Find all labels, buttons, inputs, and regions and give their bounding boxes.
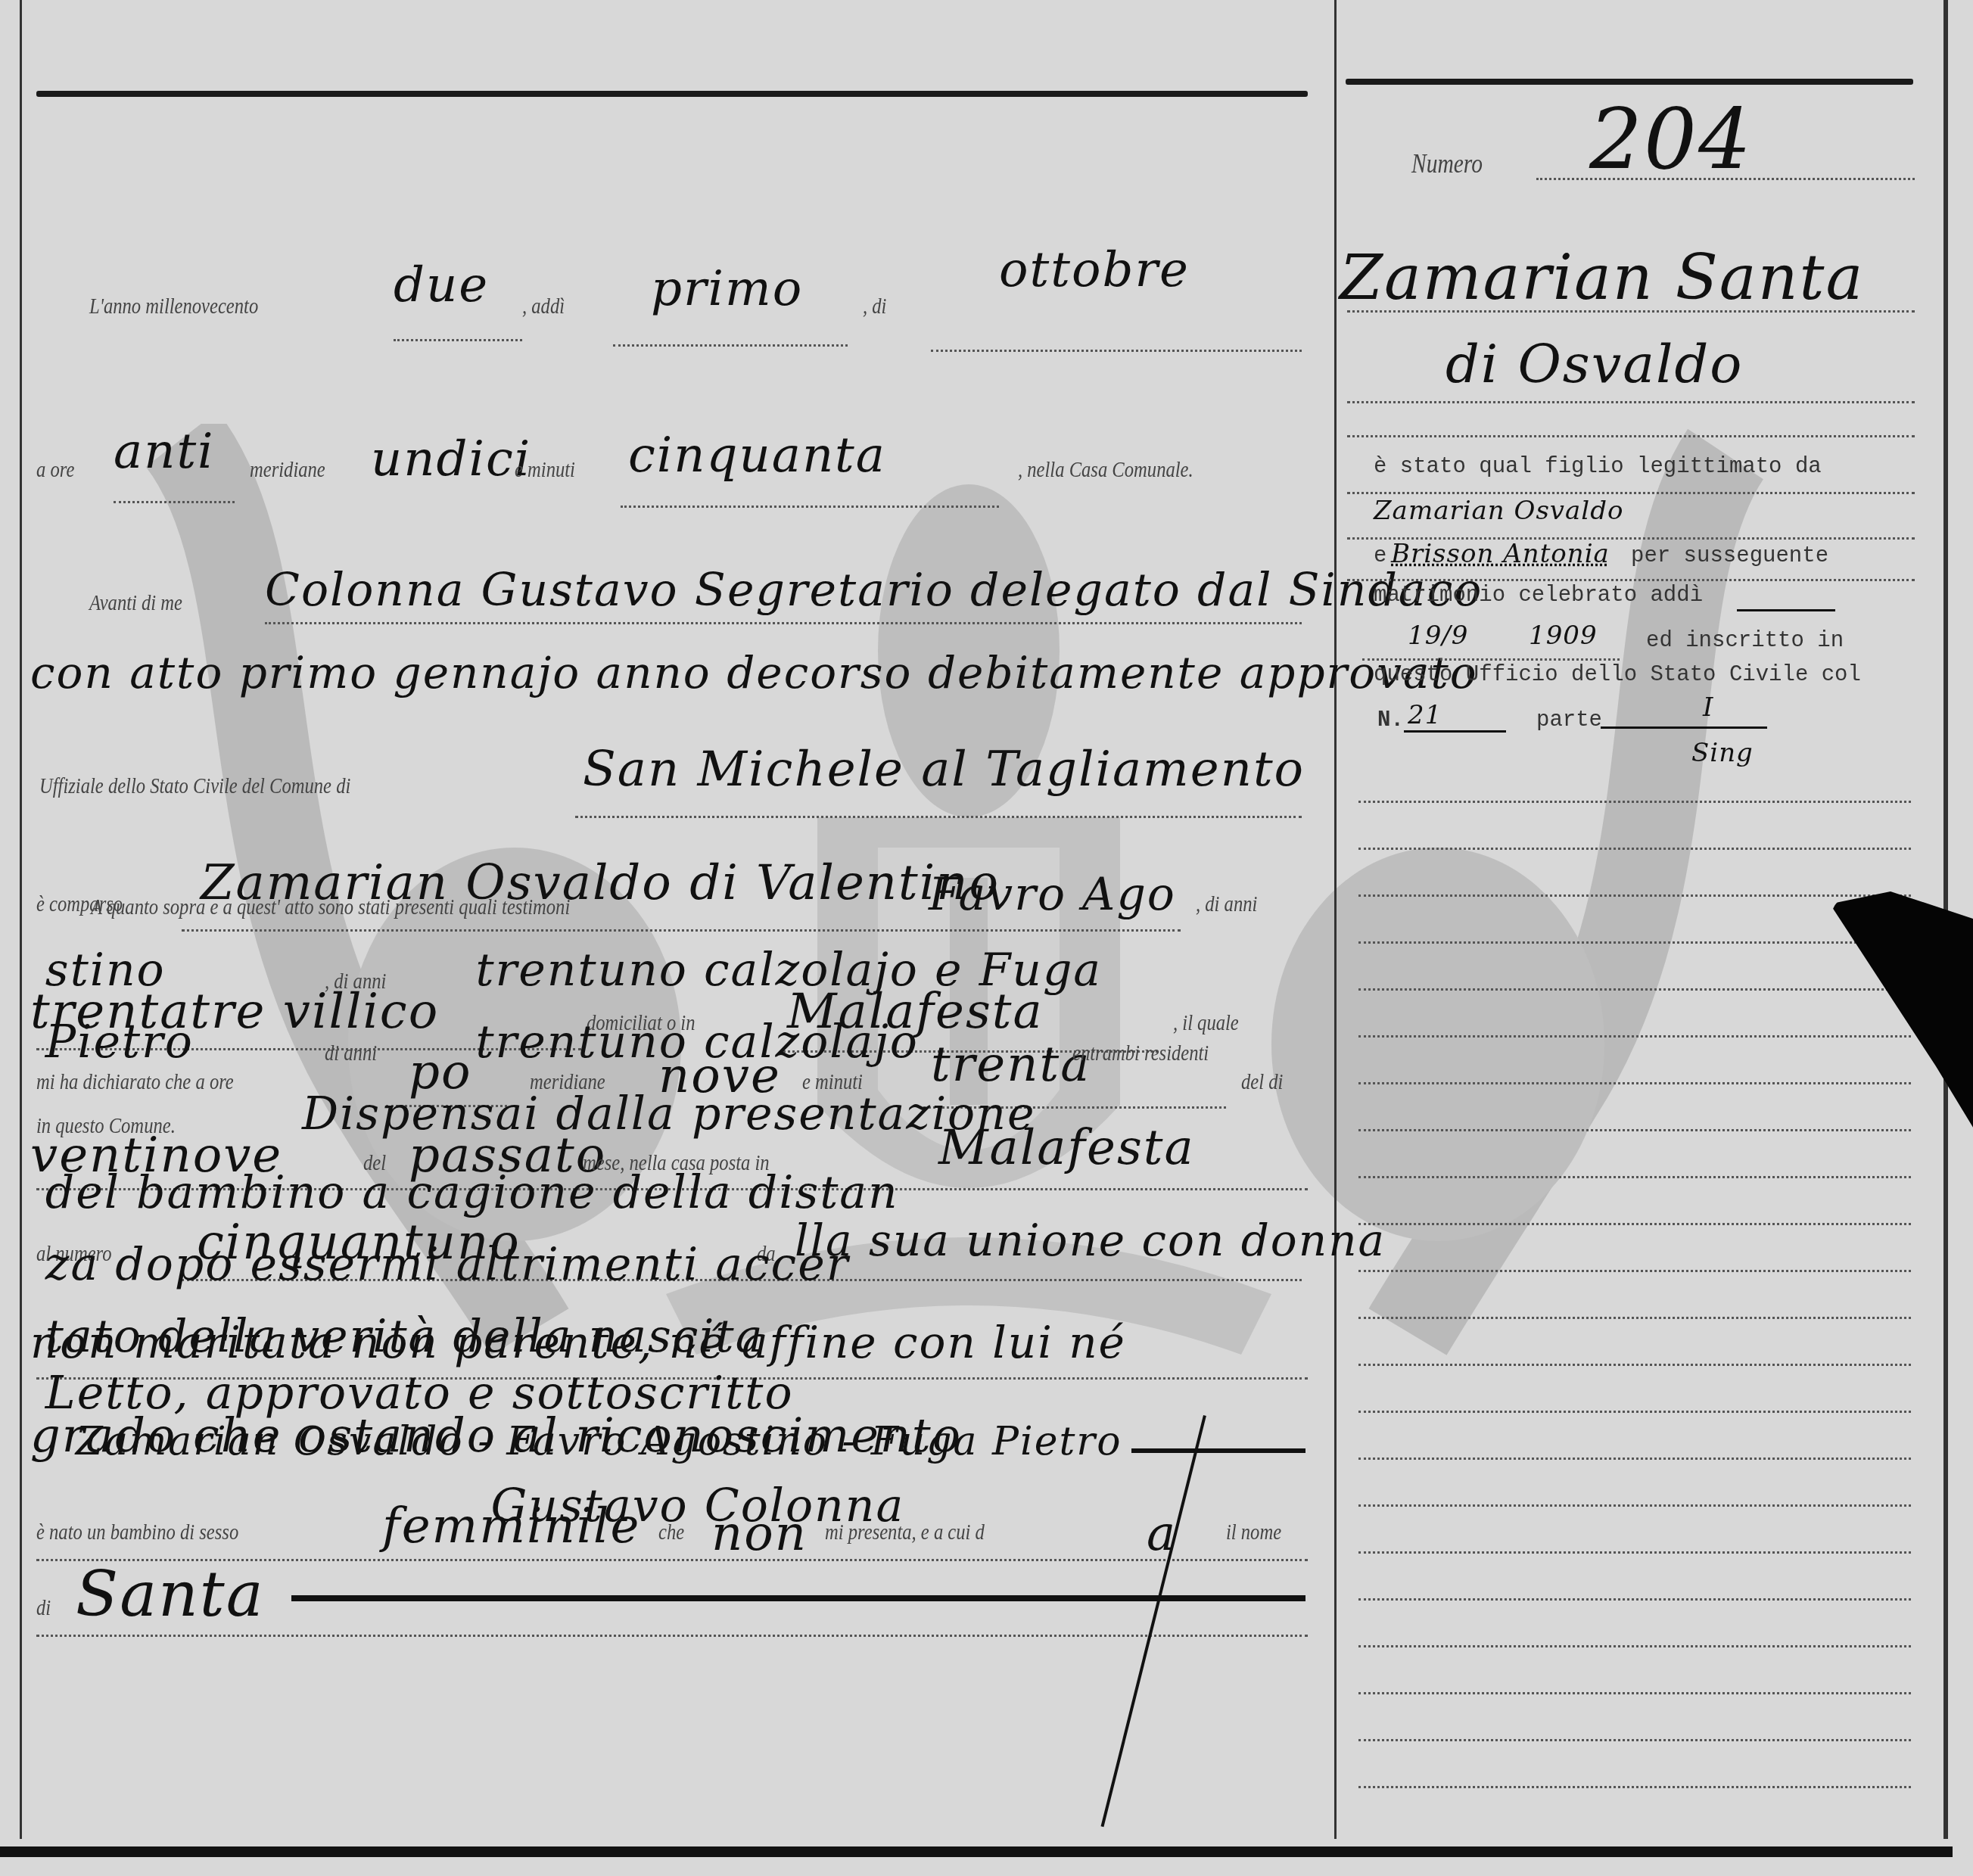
handwritten-delegation: con atto primo gennajo anno decorso debi… <box>30 647 1478 698</box>
column-divider <box>1334 0 1337 1839</box>
handwritten-declarant: Zamarian Osvaldo di Valentino <box>201 855 1000 911</box>
top-rule-right <box>1346 79 1913 85</box>
printed-text: da <box>757 1241 776 1267</box>
handwritten-minutes: cinquanta <box>628 428 886 484</box>
printed-text: è nato un bambino di sesso <box>36 1520 238 1545</box>
printed-text: del di <box>1241 1069 1283 1095</box>
handwritten-sex: femminile <box>382 1498 640 1554</box>
stamp-text: N. <box>1377 708 1404 733</box>
handwritten-location: Malafesta <box>938 1120 1195 1176</box>
handwritten-day: primo <box>651 261 803 317</box>
printed-text: , di anni <box>1196 891 1257 917</box>
handwritten-text: grado che ostando al riconoscimento <box>30 1408 962 1463</box>
stamp-text: e <box>1374 543 1386 568</box>
officer-initials: Sing <box>1691 738 1754 768</box>
left-border <box>20 0 22 1839</box>
printed-text: di <box>36 1595 51 1621</box>
printed-text: , nella Casa Comunale. <box>1018 457 1193 483</box>
handwritten-house-number: cinquantuno <box>197 1215 521 1271</box>
handwritten-hour: nove <box>658 1048 781 1104</box>
handwritten-comune: San Michele al Tagliamento <box>583 742 1305 798</box>
handwritten-hour: po <box>409 1044 472 1100</box>
printed-text: meridiane <box>530 1069 605 1095</box>
registrant-name: Zamarian Santa <box>1340 242 1864 314</box>
stamp-text: è stato qual figlio legittimato da <box>1374 454 1822 479</box>
numero-label: Numero <box>1411 148 1483 179</box>
printed-text: Uffiziale dello Stato Civile del Comune … <box>39 773 350 799</box>
legitimation-date: 19/9 <box>1408 621 1468 651</box>
act-number: 21 <box>1408 700 1442 730</box>
printed-text: mi ha dichiarato che a ore <box>36 1069 234 1095</box>
handwritten-year: due <box>394 257 489 313</box>
printed-text: mese, nella casa posta in <box>583 1150 770 1176</box>
printed-text: mi presenta, e a cui d <box>825 1520 985 1545</box>
mother-name: Brisson Antonia <box>1391 539 1610 569</box>
handwritten-month-ref: passato <box>409 1128 606 1184</box>
child-name: Santa <box>76 1559 265 1631</box>
top-rule-left <box>36 91 1308 97</box>
printed-text: domiciliat o in <box>587 1010 696 1036</box>
scan-artifact-black-object <box>1830 891 1973 1141</box>
bottom-rule <box>0 1846 1953 1857</box>
handwritten-text: non maritata non parente, né affine con … <box>30 1317 1126 1368</box>
stamp-text: parte <box>1536 708 1602 733</box>
handwritten-day: ventinove <box>30 1128 282 1184</box>
printed-text: è comparso <box>36 891 123 917</box>
printed-text: e minuti <box>515 457 575 483</box>
printed-text: e minuti <box>802 1069 863 1095</box>
record-number: 204 <box>1589 91 1753 188</box>
handwritten-officer: Colonna Gustavo Segretario delegato dal … <box>265 564 1483 617</box>
stamp-text: matrimonio celebrato addì <box>1374 583 1703 608</box>
parte-value: I <box>1703 692 1713 723</box>
printed-text: , di <box>863 294 886 319</box>
handwritten-union: lla sua unione con donna <box>795 1215 1386 1266</box>
printed-text: meridiane <box>250 457 325 483</box>
handwritten-minutes: trenta <box>931 1037 1091 1093</box>
stamp-text: ed inscritto in <box>1646 628 1844 653</box>
handwritten-month: ottobre <box>999 242 1190 298</box>
printed-text: , addì <box>522 294 565 319</box>
printed-text: che <box>658 1520 684 1545</box>
handwritten-age-occupation: trentatre villico <box>30 984 439 1040</box>
registrant-father: di Osvaldo <box>1446 333 1743 395</box>
signature-flourish <box>1101 1415 1206 1827</box>
printed-text: Avanti di me <box>89 590 182 616</box>
handwritten-text: non <box>711 1506 808 1562</box>
father-name: Zamarian Osvaldo <box>1374 496 1623 526</box>
printed-text: L'anno millenovecento <box>89 294 258 319</box>
register-page: L'anno millenovecento due , addì primo ,… <box>0 0 1973 1876</box>
stamp-text: questo Ufficio dello Stato Civile col <box>1374 662 1861 687</box>
printed-text: il nome <box>1226 1520 1281 1545</box>
handwritten-text: a <box>1147 1506 1177 1562</box>
handwritten-domicile: Malafesta <box>787 984 1044 1040</box>
legitimation-year: 1909 <box>1529 621 1598 651</box>
printed-text: a ore <box>36 457 74 483</box>
handwritten-hour: undici <box>371 431 531 487</box>
handwritten-am-pm: anti <box>114 424 215 480</box>
printed-text: al numero <box>36 1241 112 1267</box>
printed-text: , il quale <box>1173 1010 1239 1036</box>
printed-text: del <box>363 1150 386 1176</box>
stamp-text: per susseguente <box>1631 543 1828 568</box>
